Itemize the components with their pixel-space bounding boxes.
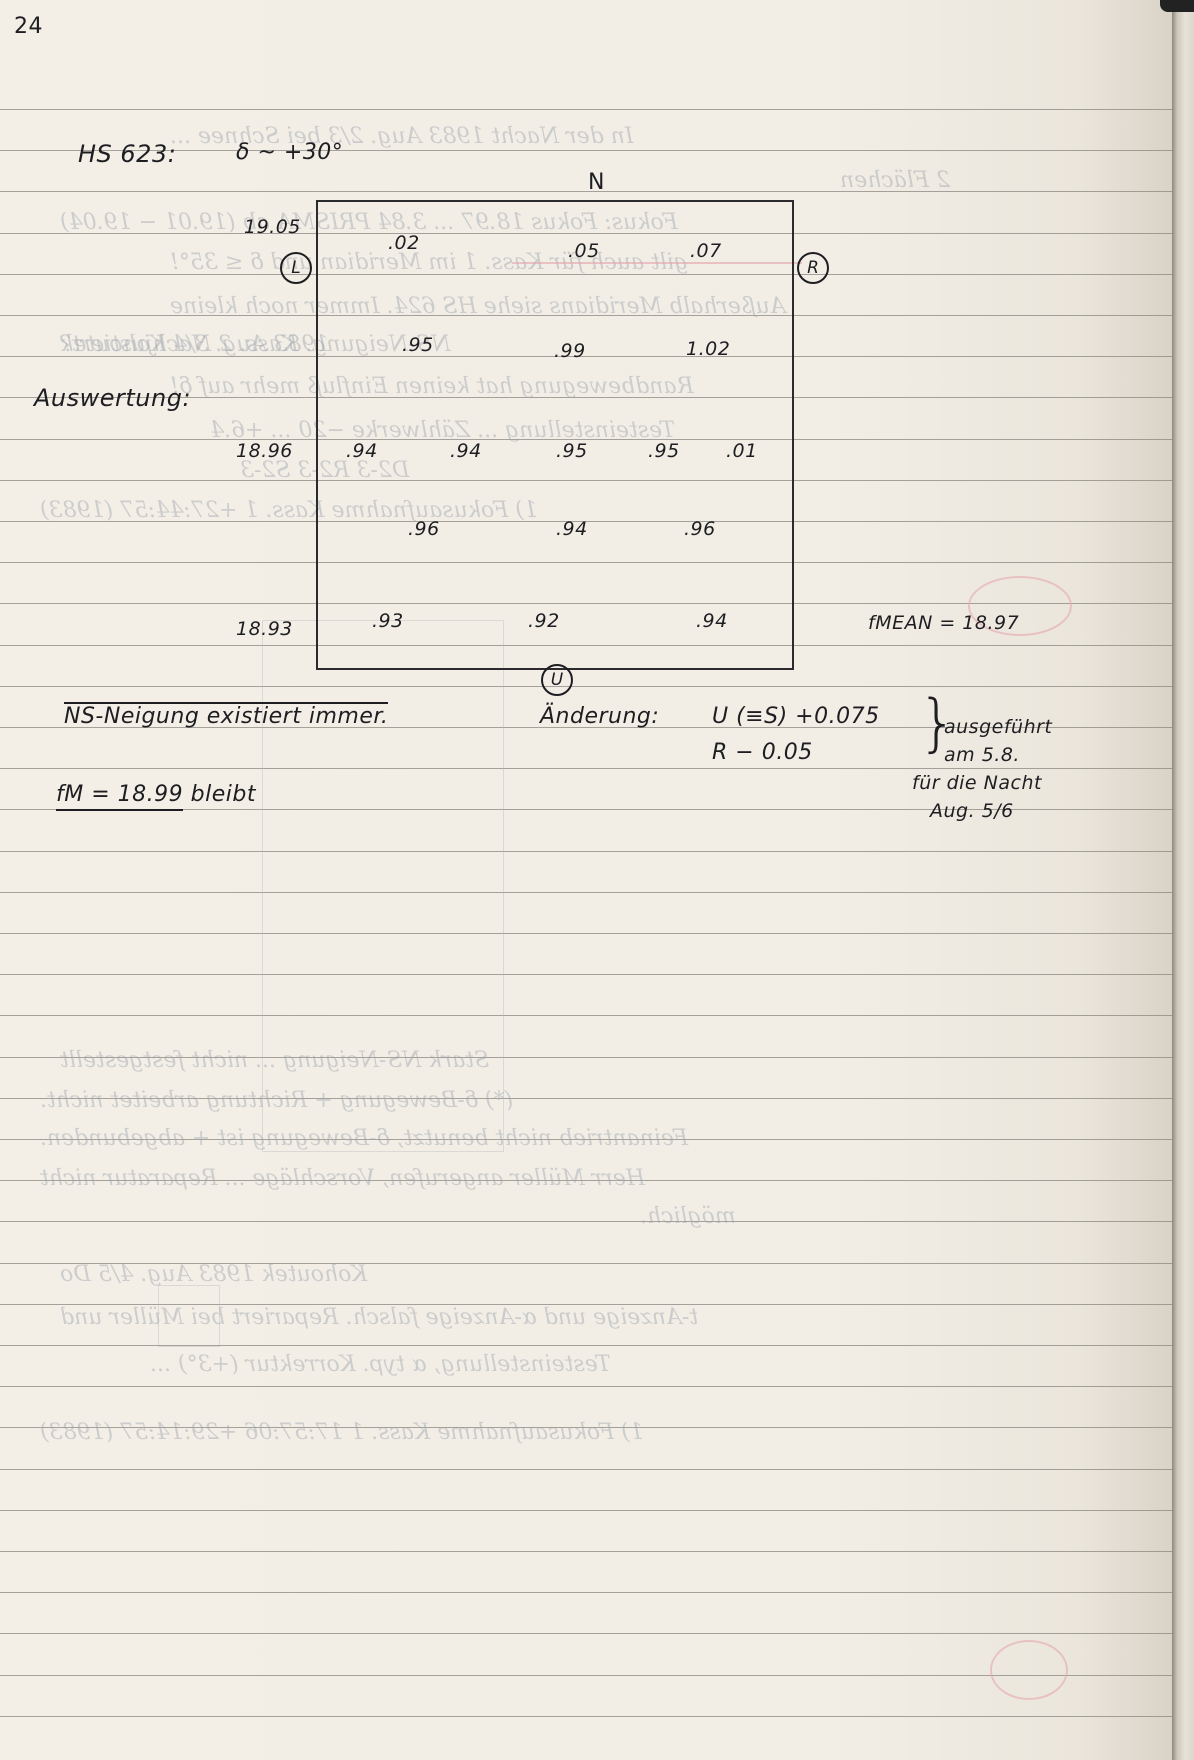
ghost-table-box-2 <box>158 1285 220 1347</box>
cell-r2-c3: .95 <box>648 440 680 462</box>
bottom-marker: U <box>541 664 573 696</box>
ns-overlined-text: NS-Neigung existiert immer. <box>64 702 388 729</box>
focus-result-word: bleibt <box>191 782 256 807</box>
cell-r0-c0: .02 <box>388 232 420 254</box>
ruled-line <box>0 1716 1172 1717</box>
ruled-line <box>0 1221 1172 1222</box>
ruled-line <box>0 109 1172 110</box>
show-through-line: t-Anzeige und α-Anzeige falsch. Reparier… <box>60 1305 698 1330</box>
show-through-line: Testeinstellung, α typ. Korrektur (+3°) … <box>150 1352 611 1377</box>
cell-r2-c0: .94 <box>346 440 378 462</box>
circled-number-623-ghost <box>990 1640 1068 1700</box>
night-date: Aug. 5/6 <box>930 800 1014 822</box>
field-diagram-box <box>316 200 794 670</box>
ruled-line <box>0 1386 1172 1387</box>
cell-r0-c2: .07 <box>690 240 722 262</box>
cell-r3-c0: .96 <box>408 518 440 540</box>
ruled-line <box>0 768 1172 769</box>
left-marker: L <box>280 252 312 284</box>
focus-mean: fMEAN = 18.97 <box>868 612 1019 634</box>
ruled-line <box>0 974 1172 975</box>
ghost-table-box <box>262 620 504 1152</box>
for-night-note: für die Nacht <box>912 772 1042 794</box>
object-designation: HS 623: <box>78 140 176 168</box>
ruled-line <box>0 191 1172 192</box>
cell-r4-c0: .93 <box>372 610 404 632</box>
cell-r3-c1: .94 <box>556 518 588 540</box>
ruled-line <box>0 1592 1172 1593</box>
cell-r1-c2: 1.02 <box>686 338 730 360</box>
page-number: 24 <box>14 14 43 39</box>
cell-r2-c4: .01 <box>726 440 758 462</box>
row-label-top: 19.05 <box>244 216 301 238</box>
change-u-value: U (≡S) +0.075 <box>712 704 880 729</box>
ruled-line <box>0 1469 1172 1470</box>
show-through-line: 2 Flächen <box>840 168 950 193</box>
notebook-edge-shadow <box>1160 0 1194 12</box>
show-through-line: 1) Fokusaufnahme Kass. 1 17:57:06 +29:14… <box>40 1420 644 1445</box>
focus-result: fM = 18.99 bleibt <box>56 782 256 807</box>
ruled-line <box>0 686 1172 687</box>
ruled-line <box>0 851 1172 852</box>
ruled-line <box>0 1551 1172 1552</box>
right-marker: R <box>797 252 829 284</box>
row-label-middle: 18.96 <box>236 440 293 462</box>
change-r-value: R − 0.05 <box>712 740 813 765</box>
ruled-line <box>0 1015 1172 1016</box>
evaluation-label: Auswertung: <box>34 384 191 412</box>
change-label: Änderung: <box>540 704 659 729</box>
cell-r0-c1: .05 <box>568 240 600 262</box>
ns-tilt-note: NS-Neigung existiert immer. <box>64 704 388 729</box>
cell-r2-c1: .94 <box>450 440 482 462</box>
performed-date: am 5.8. <box>944 744 1020 766</box>
north-label: N <box>588 170 605 195</box>
cell-r1-c1: .99 <box>554 340 586 362</box>
performed-note: ausgeführt <box>944 716 1052 738</box>
notebook-gutter <box>1172 0 1194 1760</box>
cell-r2-c2: .95 <box>556 440 588 462</box>
row-label-bottom: 18.93 <box>236 618 293 640</box>
ruled-line <box>0 1510 1172 1511</box>
cell-r3-c2: .96 <box>684 518 716 540</box>
ruled-line <box>0 1633 1172 1634</box>
show-through-line: Herr Müller angerufen, Vorschläge ... Re… <box>40 1166 645 1191</box>
cell-r1-c0: .95 <box>402 334 434 356</box>
show-through-line: Kohoutek 1983 Aug. 4/5 Do <box>60 1262 367 1287</box>
ruled-line <box>0 933 1172 934</box>
cell-r4-c2: .94 <box>696 610 728 632</box>
show-through-line: möglich. <box>640 1204 736 1229</box>
focus-result-value: fM = 18.99 <box>56 782 183 811</box>
declination-note: δ ~ +30° <box>236 140 343 165</box>
cell-r4-c1: .92 <box>528 610 560 632</box>
ruled-line <box>0 892 1172 893</box>
